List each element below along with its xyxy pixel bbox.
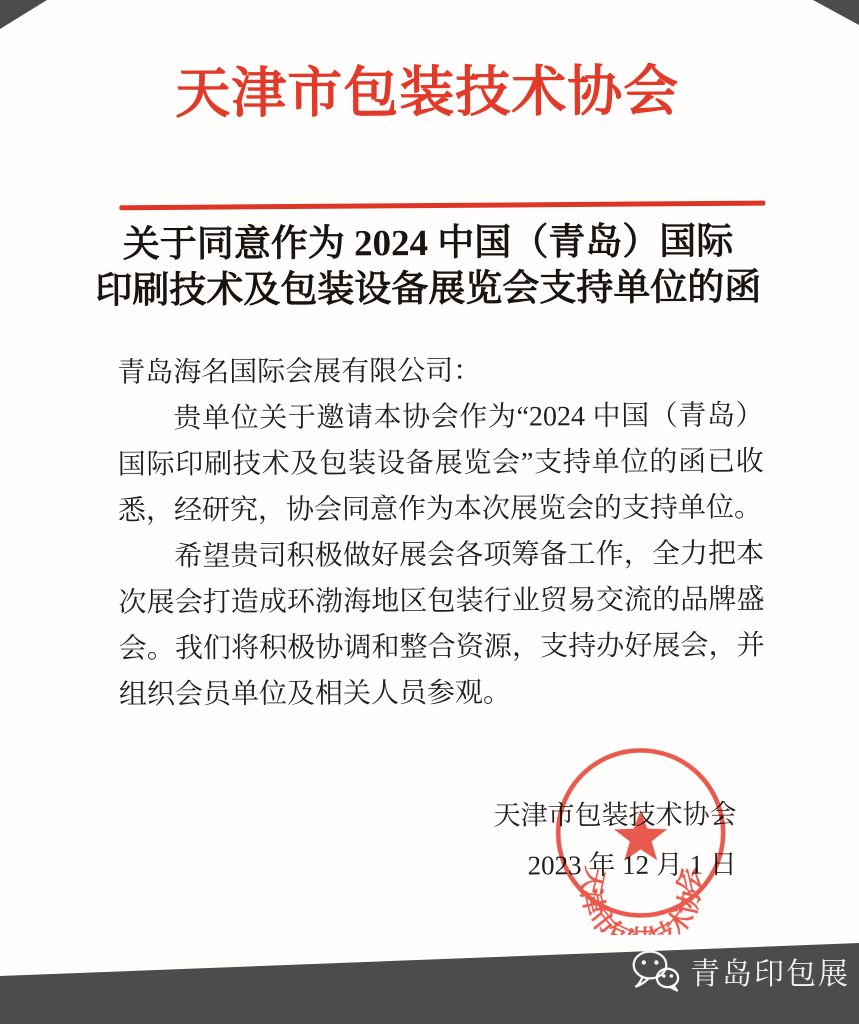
letterhead-title: 天津市包装技术协会: [0, 48, 857, 138]
document-title-line-2: 印刷技术及包装设备展览会支持单位的函: [0, 265, 858, 315]
letter-content: 天津市包装技术协会 关于同意作为 2024 中国（青岛）国际 印刷技术及包装设备…: [0, 0, 859, 1024]
scanned-letter-page: 天津市包装技术协会 关于同意作为 2024 中国（青岛）国际 印刷技术及包装设备…: [0, 0, 859, 1024]
svg-text:天津市包装技术协会: 天津市包装技术协会: [576, 864, 707, 936]
letter-body: 青岛海名国际会展有限公司： 贵单位关于邀请本协会作为“2024 中国（青岛）国际…: [117, 347, 765, 718]
channel-watermark: 青岛印包展: [631, 949, 850, 993]
body-paragraph-1: 贵单位关于邀请本协会作为“2024 中国（青岛）国际印刷技术及包装设备展览会”支…: [117, 393, 764, 534]
letterhead-divider-rule: [119, 201, 765, 211]
star-icon: [614, 810, 668, 861]
wechat-icon: [631, 949, 681, 993]
stamp-arc-text: 天津市包装技术协会: [576, 864, 707, 936]
official-seal-stamp: 天津市包装技术协会: [537, 728, 744, 935]
body-paragraph-2: 希望贵司积极做好展会各项筹备工作，全力把本次展会打造成环渤海地区包装行业贸易交流…: [118, 531, 765, 718]
salutation: 青岛海名国际会展有限公司：: [117, 347, 763, 396]
watermark-label: 青岛印包展: [690, 949, 850, 993]
document-title-line-1: 关于同意作为 2024 中国（青岛）国际: [0, 219, 858, 269]
document-title: 关于同意作为 2024 中国（青岛）国际 印刷技术及包装设备展览会支持单位的函: [0, 219, 858, 315]
